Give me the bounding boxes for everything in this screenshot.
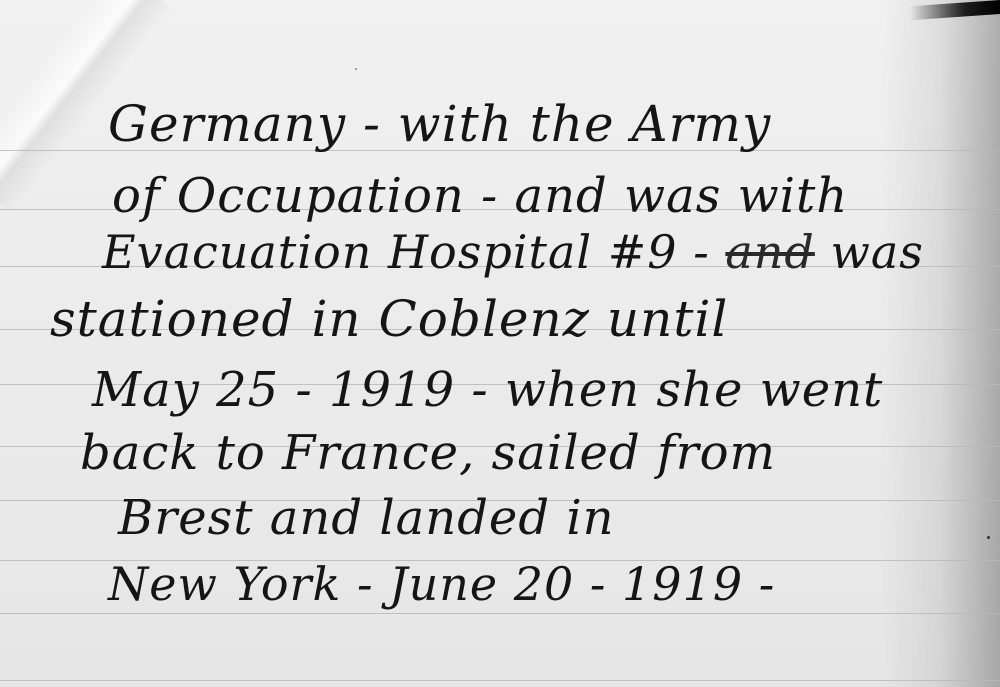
handwritten-line-2: of Occupation - and was with: [112, 168, 848, 224]
ruled-line: [0, 613, 1000, 614]
handwritten-line-1: Germany - with the Army: [108, 95, 771, 153]
handwritten-line-4: stationed in Coblenz until: [50, 290, 728, 348]
handwritten-line-5: May 25 - 1919 - when she went: [92, 362, 883, 418]
handwritten-line-3: Evacuation Hospital #9 - and was: [102, 225, 924, 279]
ink-speck: [987, 536, 990, 539]
handwritten-line-7: Brest and landed in: [118, 490, 615, 546]
document-page: Germany - with the Army of Occupation - …: [0, 0, 1000, 687]
line-3-text-after: was: [815, 225, 924, 279]
ink-speck: [355, 68, 357, 70]
handwritten-line-8: New York - June 20 - 1919 -: [108, 557, 775, 611]
corner-shadow: [910, 0, 1000, 20]
line-3-text-before: Evacuation Hospital #9 -: [102, 225, 725, 279]
ruled-line: [0, 680, 1000, 681]
struck-out-word: and: [725, 225, 815, 279]
handwritten-line-6: back to France, sailed from: [80, 425, 776, 481]
